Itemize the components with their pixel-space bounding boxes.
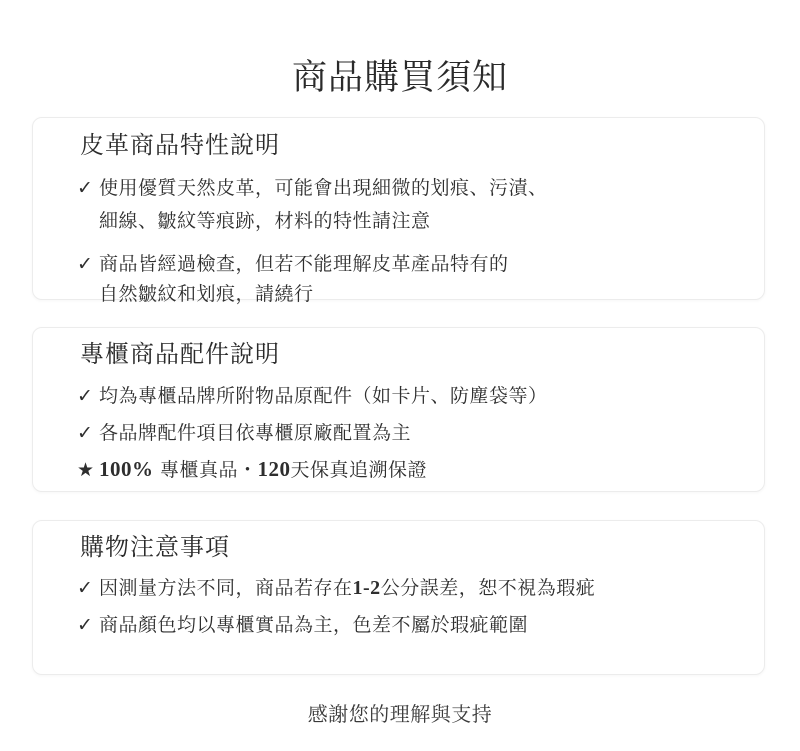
check-icon: ✓ bbox=[77, 417, 99, 450]
star-icon: ★ bbox=[77, 454, 99, 487]
item-text: 天保真追溯保證 bbox=[291, 459, 428, 481]
item-text: 均為專櫃品牌所附物品原配件（如卡片、防塵袋等） bbox=[99, 385, 548, 407]
guarantee-days: 120 bbox=[258, 457, 291, 481]
item-text-continued: 自然皺紋和划痕，請繞行 bbox=[77, 278, 509, 311]
section-title: 購物注意事項 bbox=[80, 531, 230, 563]
list-item: ✓商品皆經過檢查，但若不能理解皮革產品特有的 自然皺紋和划痕，請繞行 bbox=[77, 248, 509, 311]
page-title: 商品購買須知 bbox=[0, 55, 800, 101]
list-item: ✓因測量方法不同，商品若存在1-2公分誤差，恕不視為瑕疵 bbox=[77, 572, 595, 605]
item-text: 商品顏色均以專櫃實品為主，色差不屬於瑕疵範圍 bbox=[99, 614, 528, 636]
section-card-leather: 皮革商品特性說明 ✓使用優質天然皮革，可能會出現細微的划痕、污漬、 細線、皺紋等… bbox=[32, 117, 765, 300]
list-item: ✓各品牌配件項目依專櫃原廠配置為主 bbox=[77, 417, 411, 450]
check-icon: ✓ bbox=[77, 248, 99, 281]
list-item: ✓使用優質天然皮革，可能會出現細微的划痕、污漬、 細線、皺紋等痕跡，材料的特性請… bbox=[77, 172, 548, 238]
item-text: 使用優質天然皮革，可能會出現細微的划痕、污漬、 bbox=[99, 177, 548, 199]
section-title: 皮革商品特性說明 bbox=[80, 129, 280, 161]
item-text: 公分誤差，恕不視為瑕疵 bbox=[381, 577, 596, 599]
item-text: 因測量方法不同，商品若存在 bbox=[99, 577, 353, 599]
tolerance-range: 1-2 bbox=[353, 577, 381, 599]
section-title: 專櫃商品配件說明 bbox=[80, 338, 280, 370]
item-text: 商品皆經過檢查，但若不能理解皮革產品特有的 bbox=[99, 253, 509, 275]
item-text: 專櫃真品・ bbox=[154, 459, 258, 481]
authentic-percent: 100% bbox=[99, 457, 154, 481]
check-icon: ✓ bbox=[77, 172, 99, 205]
item-text-continued: 細線、皺紋等痕跡，材料的特性請注意 bbox=[77, 205, 548, 238]
section-card-shopping-notes: 購物注意事項 ✓因測量方法不同，商品若存在1-2公分誤差，恕不視為瑕疵 ✓商品顏… bbox=[32, 520, 765, 675]
check-icon: ✓ bbox=[77, 380, 99, 413]
list-item: ✓均為專櫃品牌所附物品原配件（如卡片、防塵袋等） bbox=[77, 380, 548, 413]
check-icon: ✓ bbox=[77, 609, 99, 642]
list-item: ✓商品顏色均以專櫃實品為主，色差不屬於瑕疵範圍 bbox=[77, 609, 528, 642]
check-icon: ✓ bbox=[77, 572, 99, 605]
section-card-accessories: 專櫃商品配件說明 ✓均為專櫃品牌所附物品原配件（如卡片、防塵袋等） ✓各品牌配件… bbox=[32, 327, 765, 492]
footer-thanks: 感謝您的理解與支持 bbox=[0, 699, 800, 729]
item-text: 各品牌配件項目依專櫃原廠配置為主 bbox=[99, 422, 411, 444]
list-item-guarantee: ★100% 專櫃真品・120天保真追溯保證 bbox=[77, 453, 427, 487]
